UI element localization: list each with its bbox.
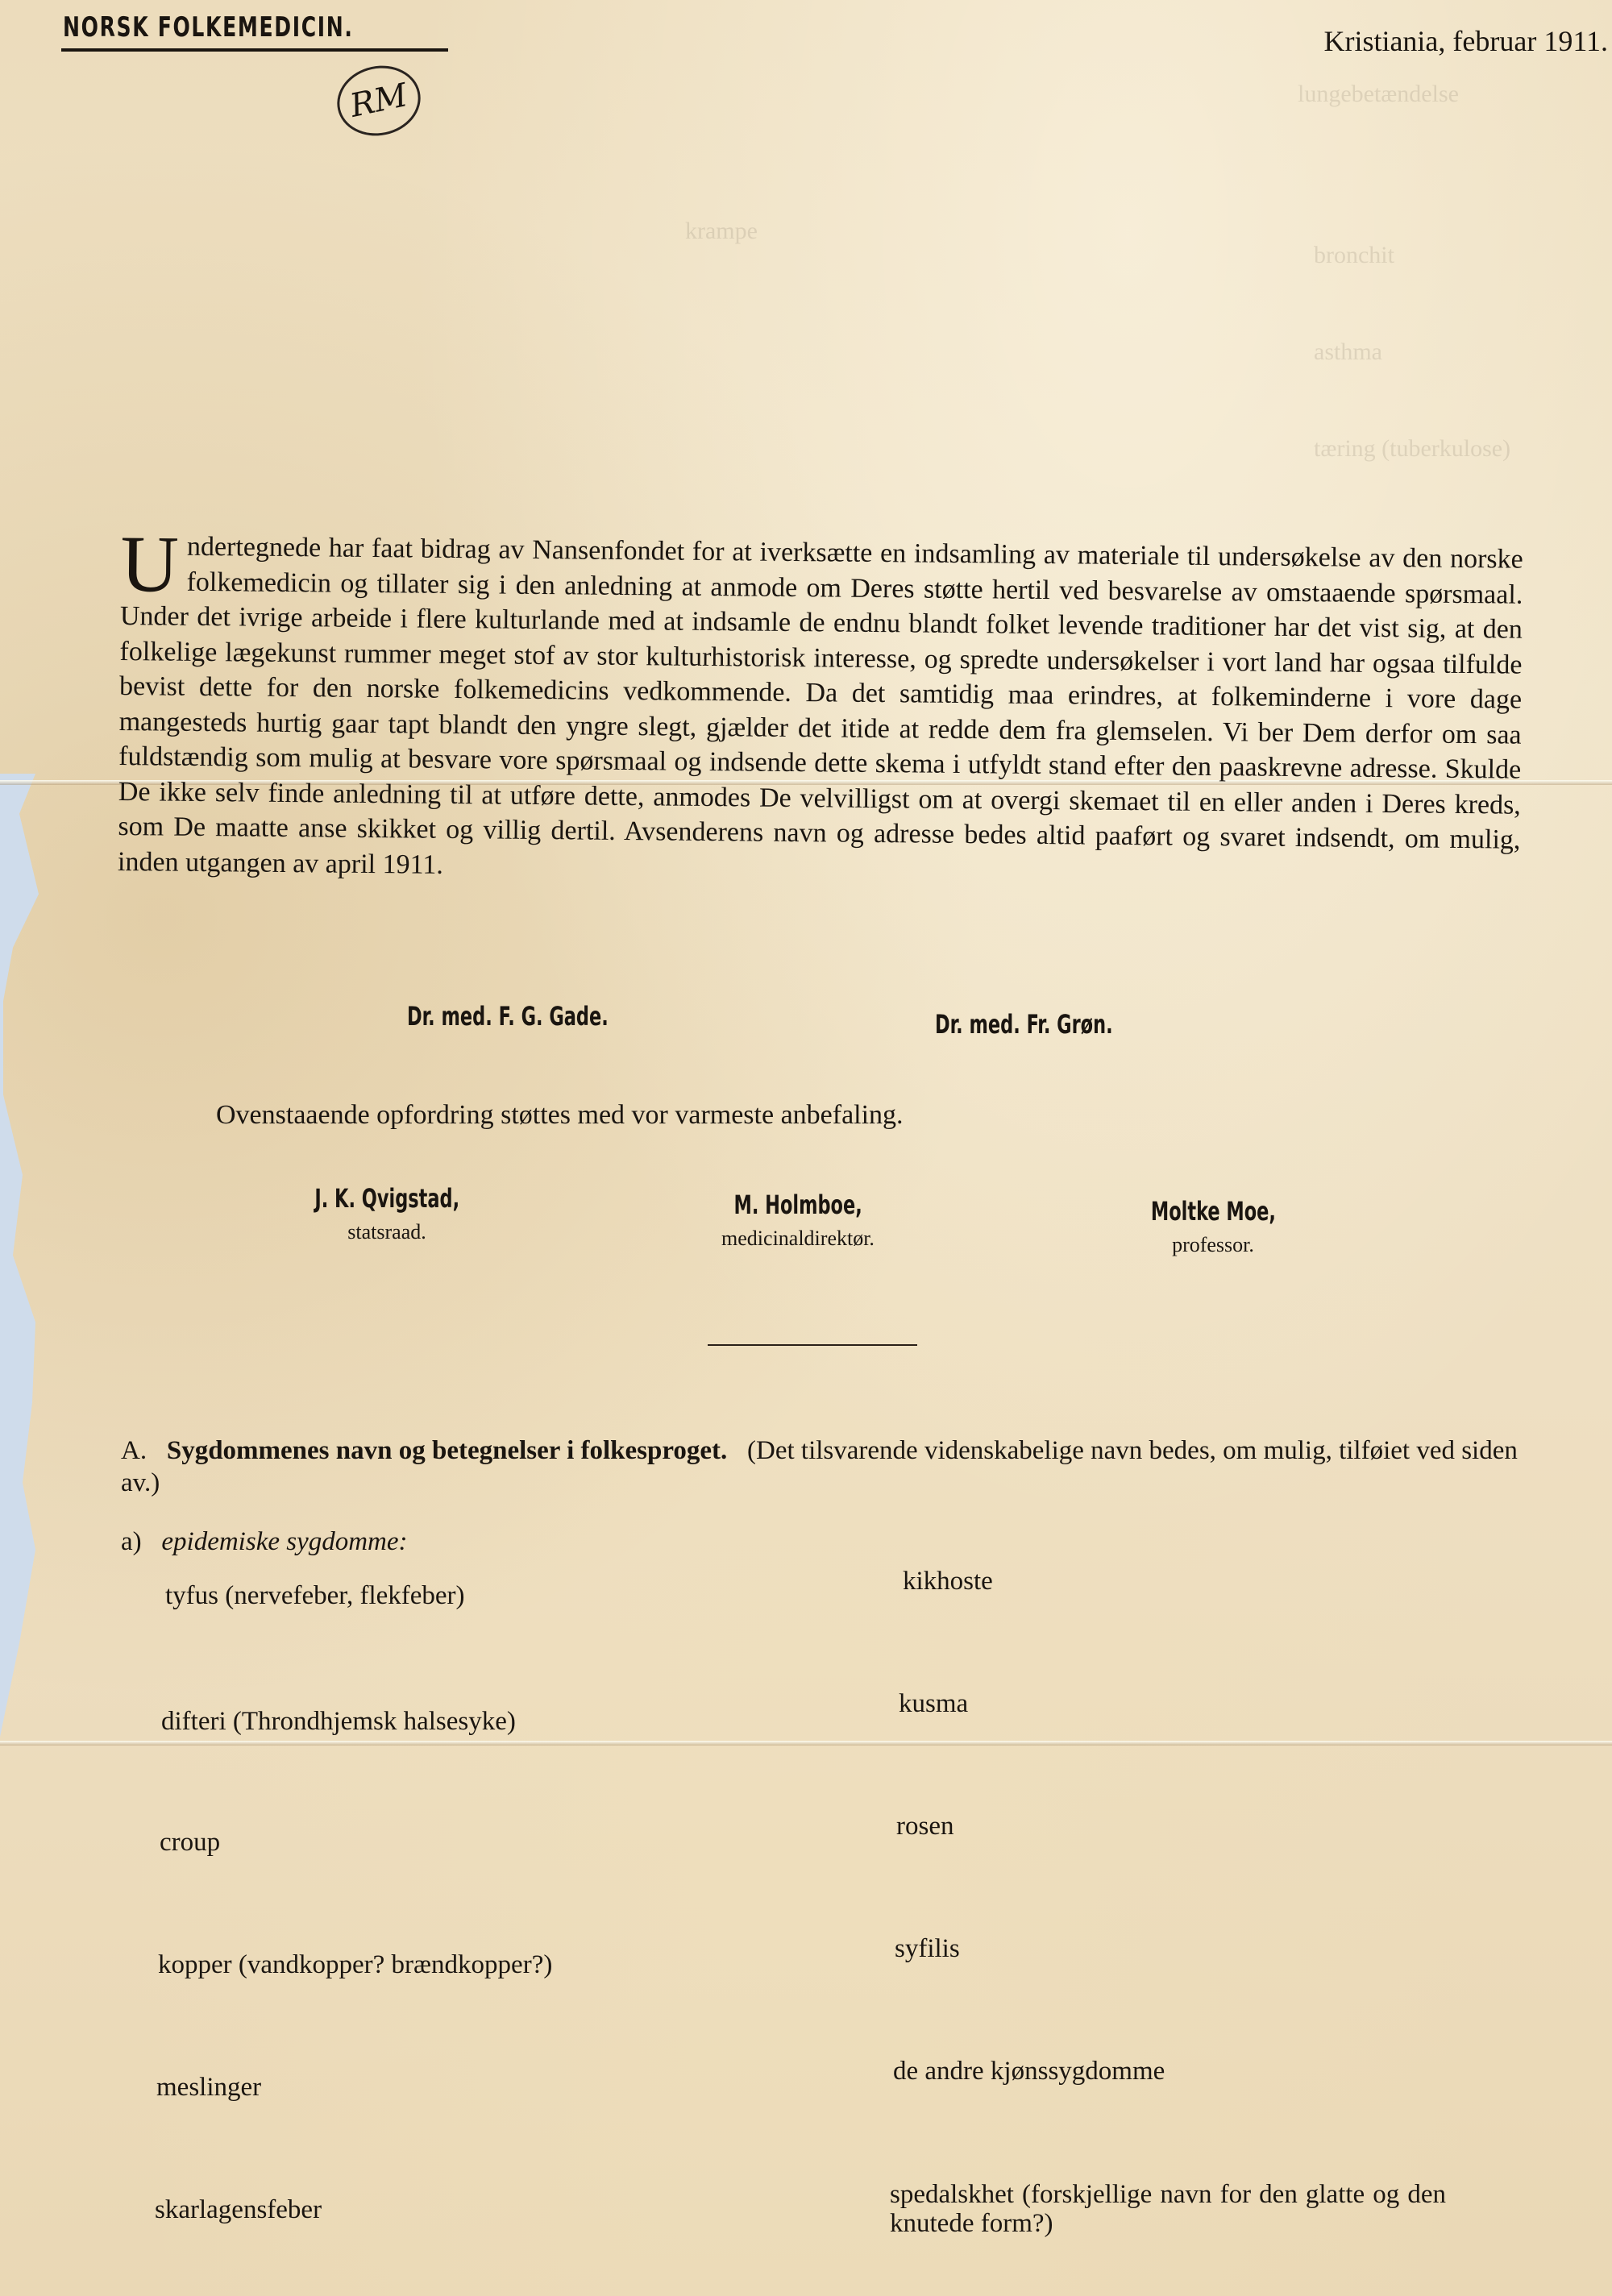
endorser-qvigstad: J. K. Qvigstad, statsraad. [266, 1183, 508, 1244]
letter-body: Undertegnede har faat bidrag av Nansenfo… [118, 529, 1523, 893]
letterhead-title: NORSK FOLKEMEDICIN. [63, 11, 354, 44]
signature-gron: Dr. med. Fr. Grøn. [935, 1009, 1113, 1040]
endorser-holmboe: M. Holmboe, medicinaldirektør. [661, 1190, 935, 1251]
bleed-through-text: tæring (tuberkulose) [1314, 435, 1510, 463]
section-divider [708, 1344, 917, 1346]
endorser-moe: Moltke Moe, professor. [1092, 1196, 1334, 1257]
disease-item: croup [160, 1828, 220, 1858]
disease-item: meslinger [156, 2073, 261, 2103]
subsection-title: epidemiske sygdomme: [161, 1527, 407, 1556]
endorser-title: statsraad. [266, 1220, 508, 1244]
disease-item: skarlagensfeber [155, 2195, 322, 2225]
letter-body-text: ndertegnede har faat bidrag av Nansenfon… [118, 532, 1523, 880]
bleed-through-text: lungebetændelse [1298, 81, 1459, 108]
disease-item: kikhoste [903, 1567, 993, 1596]
disease-item: rosen [896, 1812, 953, 1841]
letterhead-underline [61, 48, 448, 52]
endorser-name: Moltke Moe, [1150, 1196, 1275, 1227]
endorser-name: M. Holmboe, [733, 1190, 862, 1220]
section-a-heading: A. Sygdommenes navn og betegnelser i fol… [121, 1434, 1523, 1499]
paper-fold-crease [0, 1741, 1612, 1746]
disease-item: spedalskhet (forskjellige navn for den g… [890, 2180, 1446, 2238]
subsection-a-heading: a) epidemiske sygdomme: [121, 1527, 408, 1557]
disease-item: de andre kjønssygdomme [893, 2057, 1165, 2086]
endorser-title: professor. [1092, 1233, 1334, 1257]
disease-item: kusma [899, 1689, 968, 1719]
endorser-title: medicinaldirektør. [661, 1227, 935, 1251]
disease-item: kopper (vandkopper? brændkopper?) [158, 1950, 552, 1980]
place-date: Kristiania, februar 1911. [1323, 24, 1608, 58]
dropcap-letter: U [120, 532, 179, 597]
disease-item: difteri (Throndhjemsk halsesyke) [161, 1707, 516, 1737]
signature-gade: Dr. med. F. G. Gade. [407, 1001, 609, 1032]
endorsement-text: Ovenstaaende opfordring støttes med vor … [216, 1100, 904, 1131]
disease-item: syfilis [895, 1934, 960, 1964]
endorser-name: J. K. Qvigstad, [314, 1183, 459, 1214]
bleed-through-text: bronchit [1314, 242, 1394, 269]
section-title: Sygdommenes navn og betegnelser i folkes… [167, 1436, 727, 1465]
bleed-through-text: krampe [685, 218, 758, 245]
disease-item: tyfus (nervefeber, flekfeber) [165, 1581, 465, 1611]
section-label: A. [121, 1436, 147, 1465]
subsection-label: a) [121, 1527, 142, 1556]
bleed-through-text: asthma [1314, 338, 1382, 366]
